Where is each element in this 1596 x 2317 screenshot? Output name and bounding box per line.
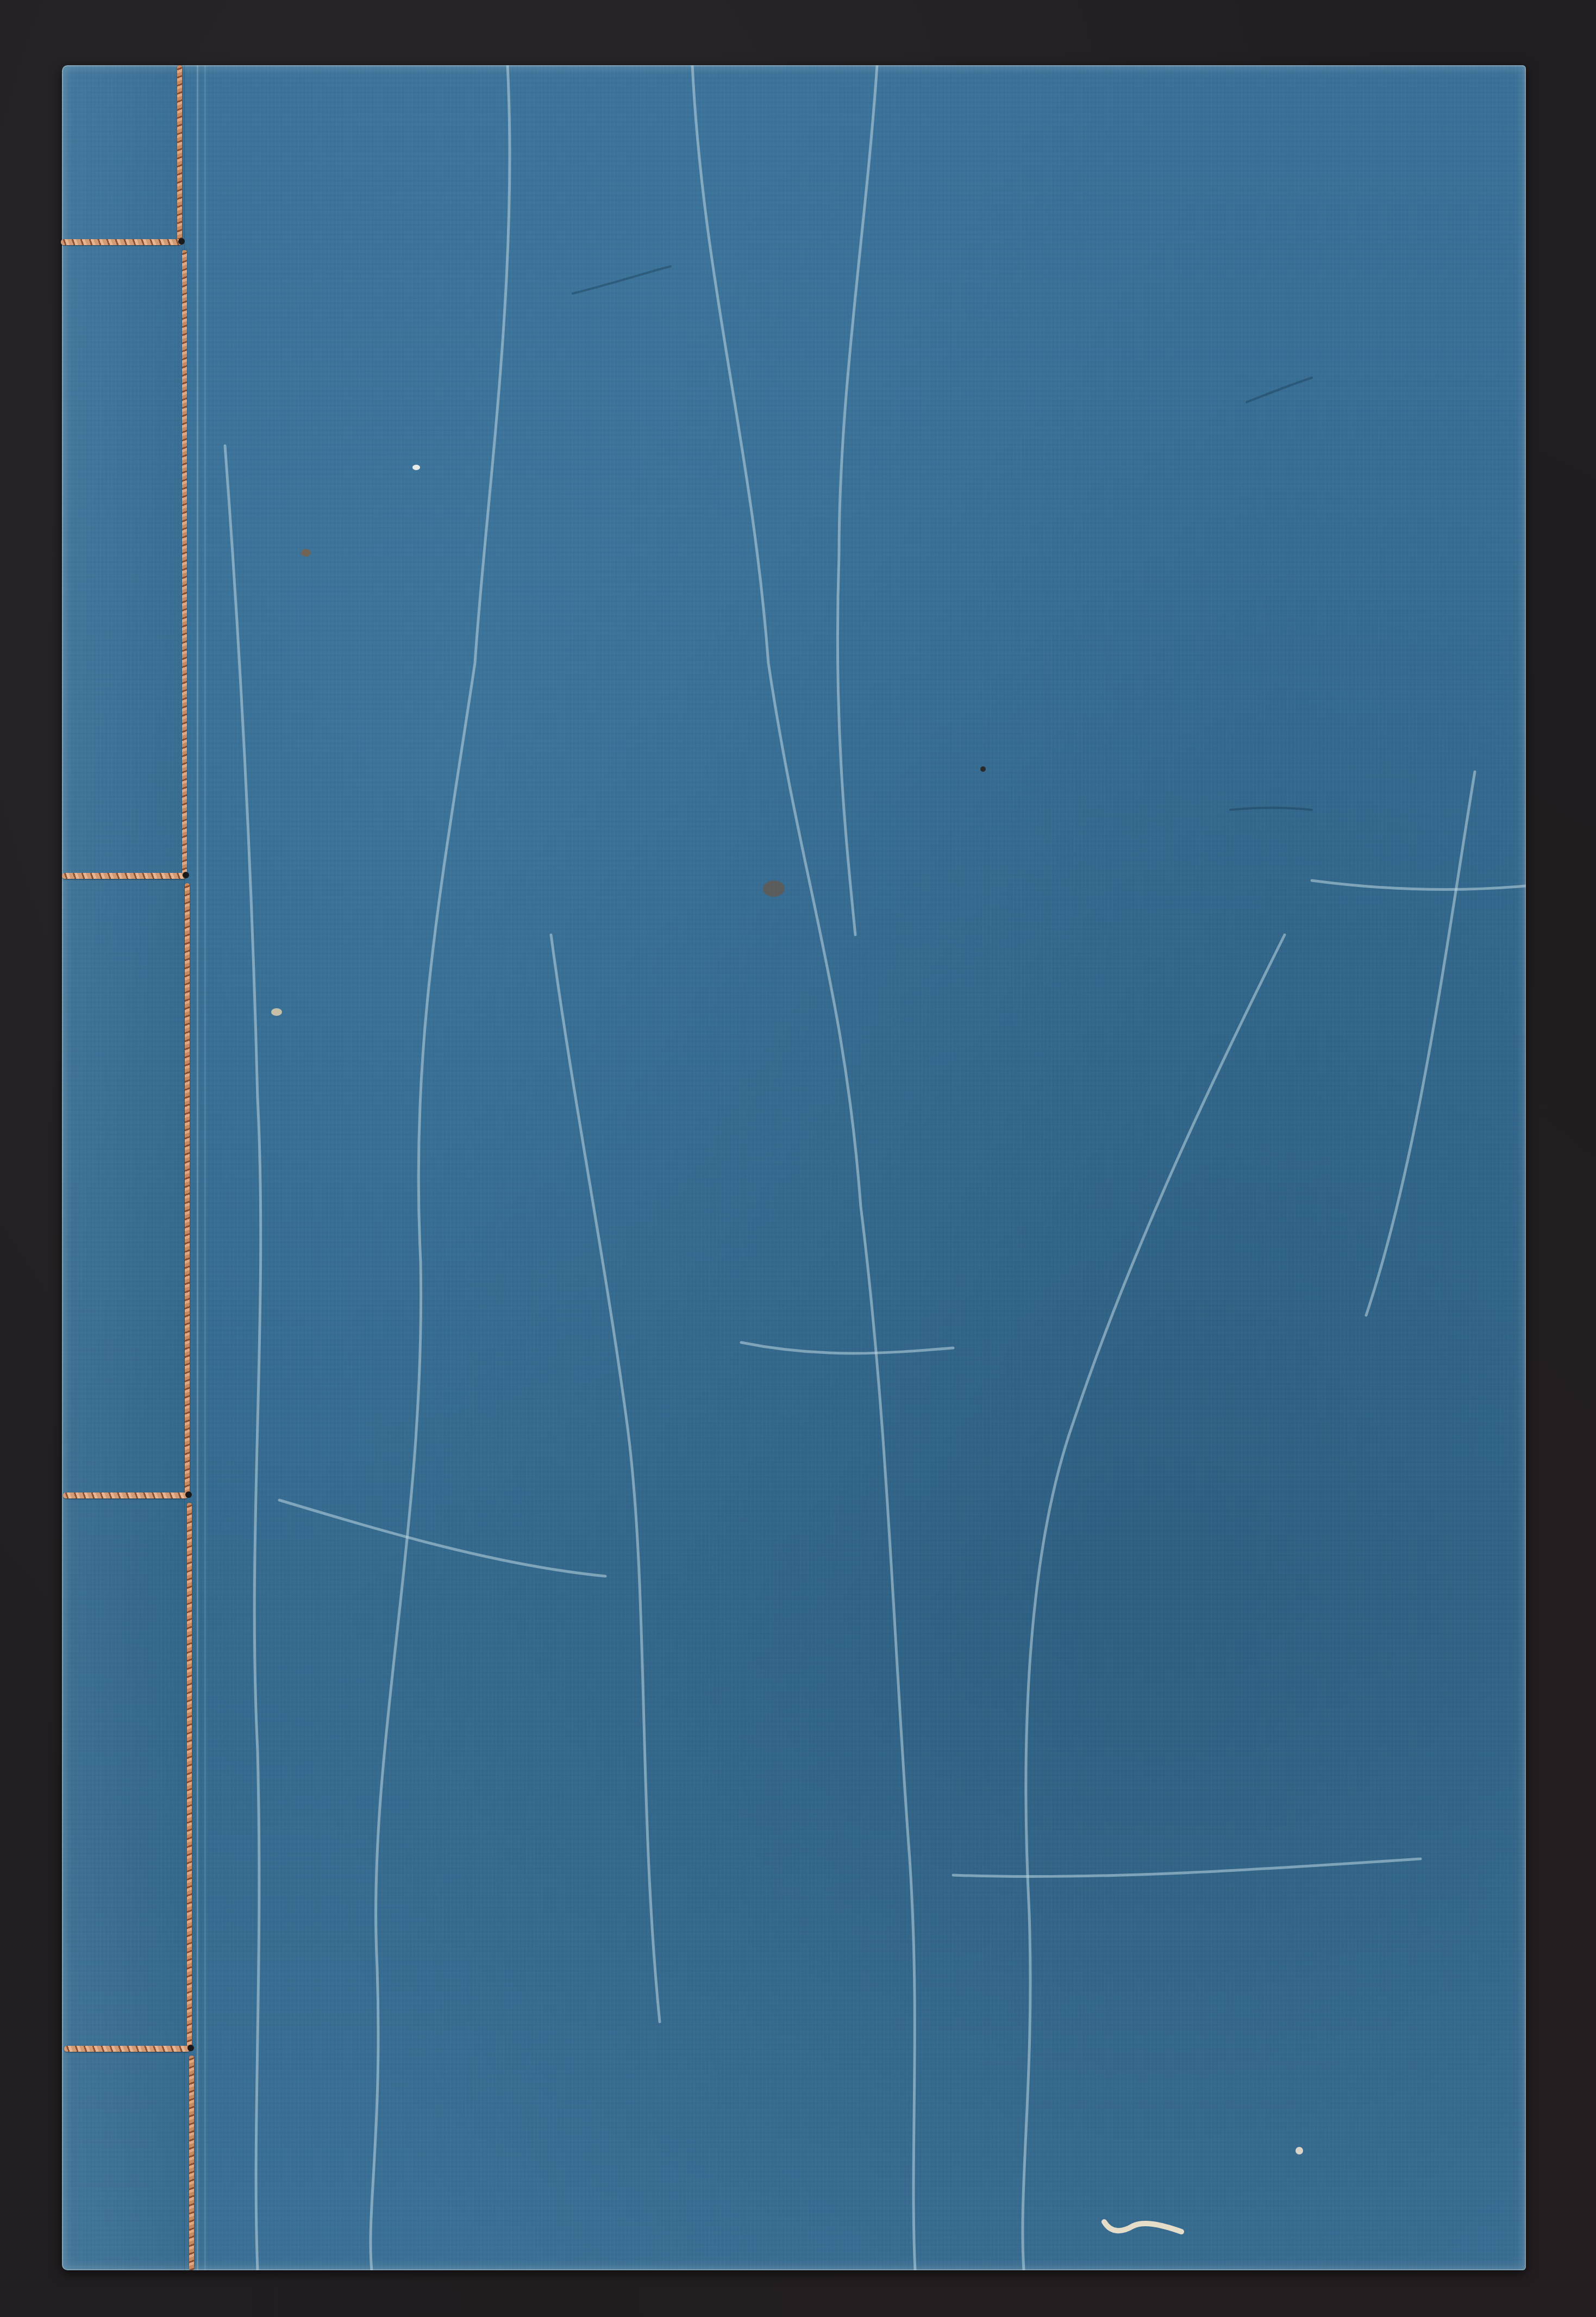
spine-flap bbox=[62, 65, 185, 2270]
paper-speck bbox=[1295, 2147, 1303, 2154]
stitch-hole bbox=[178, 238, 185, 245]
binding-thread-stitch bbox=[63, 1492, 188, 1498]
binding-thread-vertical bbox=[189, 2056, 194, 2270]
stitch-hole bbox=[183, 872, 189, 878]
binding-thread-vertical bbox=[185, 883, 190, 1495]
binding-thread-stitch bbox=[62, 873, 186, 879]
stain-spot bbox=[980, 766, 986, 772]
spine-fold-line bbox=[197, 65, 198, 2270]
stain-spot bbox=[763, 880, 785, 897]
worm-damage bbox=[1100, 2216, 1187, 2238]
binding-thread-vertical bbox=[177, 65, 182, 245]
stitch-hole bbox=[185, 1491, 192, 1498]
binding-thread-stitch bbox=[64, 2046, 190, 2052]
binding-thread-stitch bbox=[61, 239, 181, 245]
paper-creases bbox=[62, 65, 1526, 2270]
paper-speck bbox=[412, 465, 420, 470]
binding-thread-vertical bbox=[182, 250, 187, 875]
book-cover bbox=[62, 65, 1526, 2270]
stitch-hole bbox=[187, 2045, 194, 2051]
spine-fold-line bbox=[204, 65, 206, 2270]
cover-edge-wear bbox=[62, 65, 1526, 2270]
paper-grain-texture bbox=[62, 65, 1526, 2270]
paper-speck bbox=[271, 1008, 282, 1016]
stain-spot bbox=[301, 549, 311, 557]
binding-thread-vertical bbox=[187, 1503, 192, 2049]
